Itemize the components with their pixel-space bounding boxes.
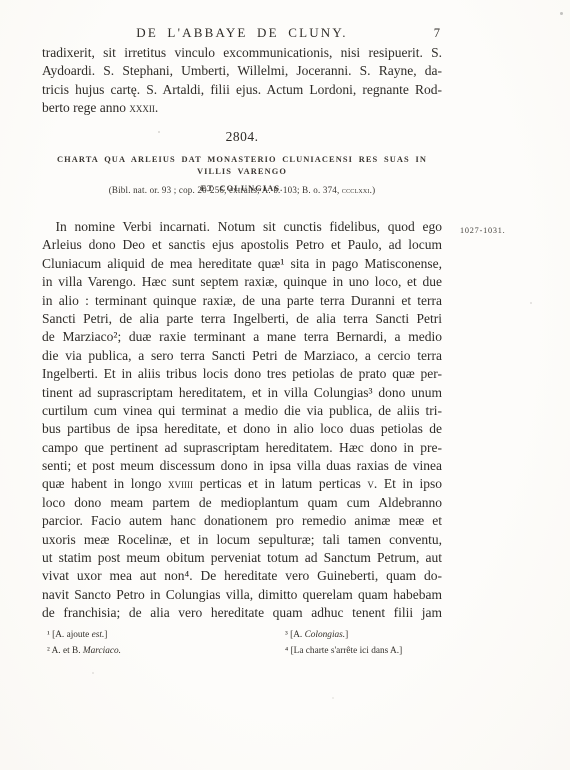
footnote: ¹ [A. ajoute est.] (47, 627, 121, 643)
body-text-line: curtilum cum vinea qui terminat a medio … (42, 402, 442, 420)
body-text-line: ut statim post meum obitum perveniat tot… (42, 549, 442, 567)
charter-body: In nomine Verbi incarnati. Notum sit cun… (42, 218, 442, 623)
footnote: ² A. et B. Marciaco. (47, 643, 121, 659)
body-text-line: loco dono meam partem de medioplantum qu… (42, 494, 442, 512)
body-text-line: Cluniacum aliquid de mea hereditate quæ¹… (42, 255, 442, 273)
body-text-line: de Marziaco²; duæ raxie terminant a mane… (42, 328, 442, 346)
body-text-line: in villa Varengo. Hæc sunt septem raxiæ,… (42, 273, 442, 291)
page-number: 7 (434, 26, 440, 41)
charter-number: 2804. (42, 129, 442, 145)
intro-text-line: tradixerit, sit irretitus vinculo excomm… (42, 44, 442, 62)
intro-paragraph: tradixerit, sit irretitus vinculo excomm… (42, 44, 442, 118)
scan-speck (530, 302, 532, 304)
body-text-line: Sancti Petri, de alia parte terra Ingelb… (42, 310, 442, 328)
scan-speck (158, 131, 160, 133)
body-text-line: navit Sancto Petro in Colungias villa, d… (42, 586, 442, 604)
charter-title-line1: CHARTA QUA ARLEIUS DAT MONASTERIO CLUNIA… (42, 154, 442, 178)
body-text-line: quæ habent in longo xviiii perticas et i… (42, 475, 442, 493)
body-text-line: tinent ad suprascriptam hereditatem, et … (42, 384, 442, 402)
body-text-line: de franchisia; de alia vero hereditate q… (42, 604, 442, 622)
body-text-line: Ingelberti. Et in aliis tribus locis don… (42, 365, 442, 383)
running-header: DE L'ABBAYE DE CLUNY. 7 (42, 25, 442, 41)
body-text-line: bus partibus de ipsa hereditate, et dono… (42, 420, 442, 438)
footnote: ³ [A. Colongias.] (285, 627, 402, 643)
scan-speck (332, 697, 334, 699)
body-text-line: in alio : terminant quinque raxiæ, de un… (42, 292, 442, 310)
body-text-line: campo que pertinent ad suprascriptam her… (42, 439, 442, 457)
intro-text-line: berto rege anno xxxii. (42, 99, 442, 117)
body-text-line: die via publica, a sero terra Sancti Pet… (42, 347, 442, 365)
body-text-line: parcior. Facio autem hanc donationem pro… (42, 512, 442, 530)
intro-text-line: Aydoardi. S. Stephani, Umberti, Willelmi… (42, 62, 442, 80)
footnote-column-right: ³ [A. Colongias.]⁴ [La charte s'arrête i… (285, 627, 402, 659)
scan-speck (560, 12, 563, 15)
body-text-line: Arleius dono Deo et sanctis ejus apostol… (42, 236, 442, 254)
running-header-title: DE L'ABBAYE DE CLUNY. (136, 25, 348, 40)
intro-text-line: tricis hujus cartę. S. Artaldi, filii ej… (42, 81, 442, 99)
scanned-book-page: DE L'ABBAYE DE CLUNY. 7 tradixerit, sit … (0, 0, 570, 770)
margin-date: 1027-1031. (460, 226, 506, 235)
body-text-line: In nomine Verbi incarnati. Notum sit cun… (42, 218, 442, 236)
footnote: ⁴ [La charte s'arrête ici dans A.] (285, 643, 402, 659)
body-text-line: vivat uxor mea aut non⁴. De hereditate v… (42, 567, 442, 585)
body-text-line: uxoris meæ Rocelinæ, et in locum sepultu… (42, 531, 442, 549)
source-citation: (Bibl. nat. or. 93 ; cop. 20-256, extrai… (42, 185, 442, 195)
footnote-column-left: ¹ [A. ajoute est.]² A. et B. Marciaco. (47, 627, 121, 659)
body-text-line: senti; et post meum discessum dono in ip… (42, 457, 442, 475)
scan-speck (92, 672, 94, 674)
